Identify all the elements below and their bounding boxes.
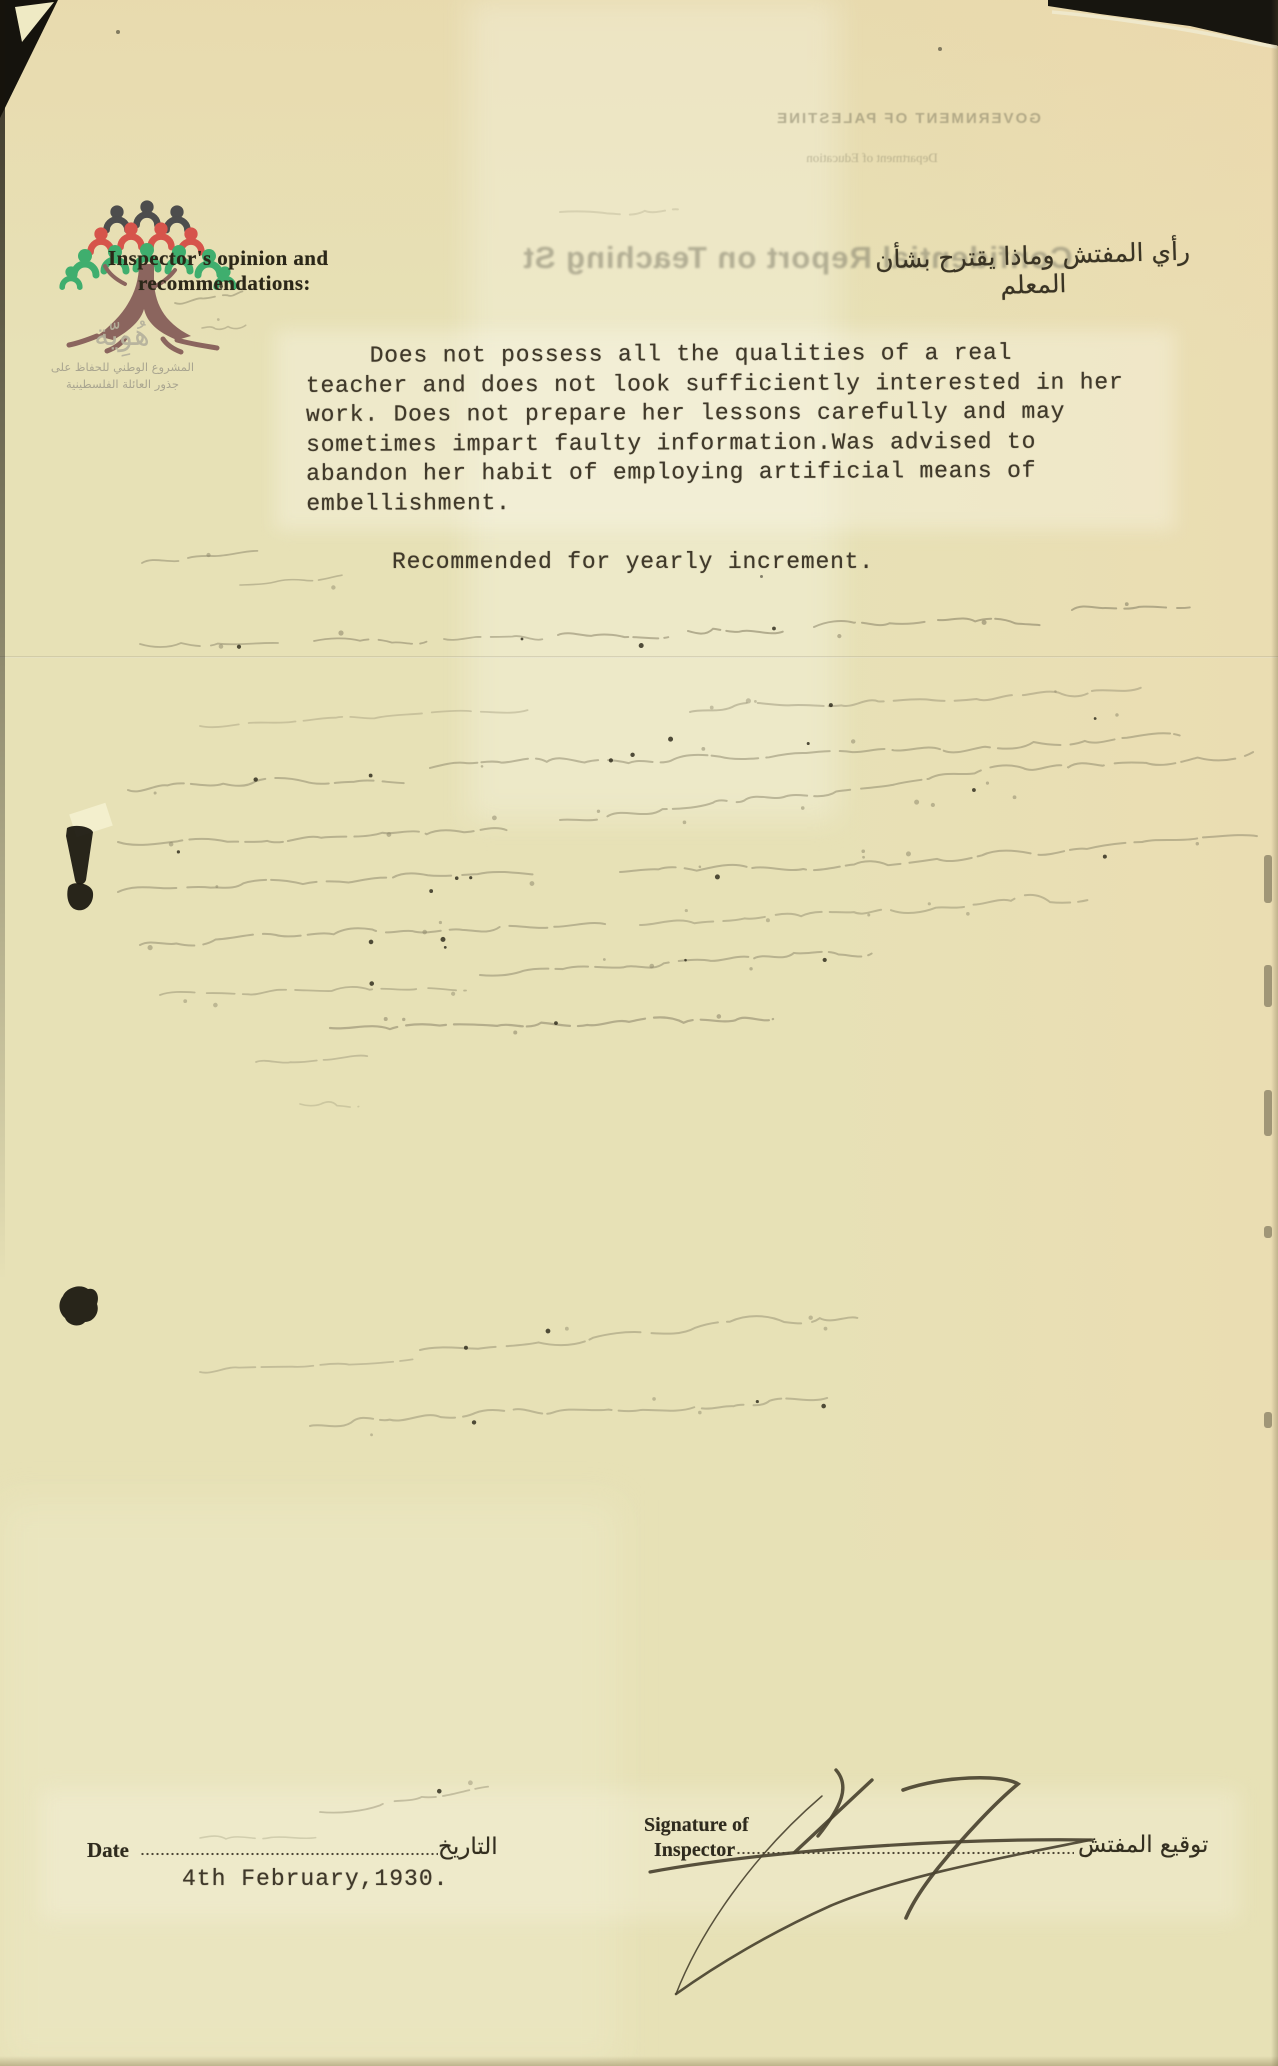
- paper-speck: [760, 575, 763, 578]
- scanned-document-page: GOVERNMENT OF PALESTINE Department of Ed…: [0, 0, 1278, 2066]
- paper-speck: [938, 47, 942, 51]
- ink-blot-marks: [0, 0, 1278, 2066]
- paper-speck: [116, 30, 120, 34]
- curl-highlight-top-right: [0, 0, 1278, 80]
